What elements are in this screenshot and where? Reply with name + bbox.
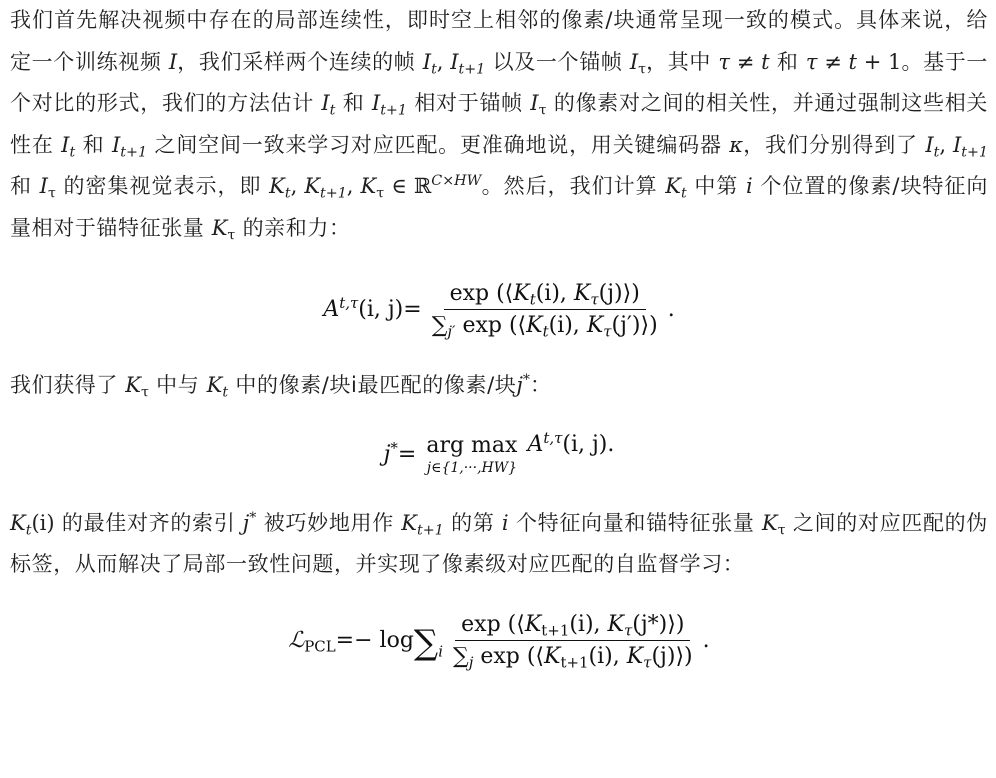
math-Itau: Iτ xyxy=(630,50,646,74)
equals-sign: = xyxy=(398,442,416,467)
math-tau-neq-t: τ ≠ t xyxy=(718,50,769,74)
math-Ktau: Kτ xyxy=(762,511,786,535)
argmax-operator: arg max j∈{1,···,HW} xyxy=(426,433,517,476)
math-It: It xyxy=(321,91,335,115)
math-i: i xyxy=(502,511,509,535)
text: 的密集视觉表示，即 xyxy=(56,174,269,198)
argmax-limit: j∈{1,···,HW} xyxy=(427,460,517,476)
math-It: It xyxy=(61,133,75,157)
eq3-fraction: exp (⟨Kt+1(i), Kτ(j*)⟩) ∑j exp (⟨Kt+1(i)… xyxy=(447,612,699,669)
math-K-set-in-R: Kt, Kt+1, Kτ ∈ ℝC×HW xyxy=(269,174,481,198)
text: 个特征向量和锚特征张量 xyxy=(509,511,762,535)
text: 被巧妙地用作 xyxy=(256,511,401,535)
math-It-It1: It, It+1 xyxy=(423,50,486,74)
text: 的最佳对齐的索引 xyxy=(55,511,243,535)
paragraph-method-intro: 我们首先解决视频中存在的局部连续性，即时空上相邻的像素/块通常呈现一致的模式。具… xyxy=(10,0,988,249)
math-Itau: Iτ xyxy=(530,91,546,115)
eq3-denominator: ∑j exp (⟨Kt+1(i), Kτ(j)⟩) xyxy=(447,641,699,669)
text: ，我们采样两个连续的帧 xyxy=(177,50,423,74)
eq1-period: . xyxy=(668,297,675,322)
math-I: I xyxy=(169,50,177,74)
text: 和 xyxy=(10,174,40,198)
eq1-lhs: At,τ(i, j) xyxy=(323,297,403,322)
neg-log: − log xyxy=(354,628,414,653)
math-Itau: Iτ xyxy=(40,174,56,198)
text: 中的像素/块i最匹配的像素/块 xyxy=(228,373,516,397)
eq1-numerator: exp (⟨Kt(i), Kτ(j)⟩) xyxy=(444,281,646,310)
eq1-denominator: ∑j′ exp (⟨Kt(i), Kτ(j′)⟩) xyxy=(426,310,664,338)
math-Ktau: Kτ xyxy=(212,216,236,240)
text: ，其中 xyxy=(646,50,718,74)
equation-pcl-loss: ℒPCL = − log ∑i exp (⟨Kt+1(i), Kτ(j*)⟩) … xyxy=(10,586,988,696)
math-jstar: j* xyxy=(243,511,257,535)
math-kappa: κ xyxy=(729,133,743,157)
text: 的第 xyxy=(444,511,502,535)
text: 的亲和力： xyxy=(235,216,350,240)
text: 中与 xyxy=(149,373,207,397)
eq3-numerator: exp (⟨Kt+1(i), Kτ(j*)⟩) xyxy=(455,612,690,641)
math-Kt: Kt xyxy=(207,373,228,397)
math-Kt: Kt xyxy=(665,174,686,198)
equation-affinity: At,τ(i, j) = exp (⟨Kt(i), Kτ(j)⟩) ∑j′ ex… xyxy=(10,253,988,365)
equation-argmax: j* = arg max j∈{1,···,HW} At,τ(i, j). xyxy=(10,407,988,503)
article: 我们首先解决视频中存在的局部连续性，即时空上相邻的像素/块通常呈现一致的模式。具… xyxy=(0,0,996,696)
text: ，我们分别得到了 xyxy=(743,133,925,157)
sum-over-i: ∑i xyxy=(414,621,443,661)
eq2-lhs: j* xyxy=(384,442,398,467)
math-jstar: j* xyxy=(516,373,530,397)
text: 我们获得了 xyxy=(10,373,125,397)
math-tau-neq-t-plus-1: τ ≠ t + 1 xyxy=(806,50,902,74)
math-It1: It+1 xyxy=(372,91,407,115)
math-i: i xyxy=(746,174,753,198)
eq1-fraction: exp (⟨Kt(i), Kτ(j)⟩) ∑j′ exp (⟨Kt(i), Kτ… xyxy=(426,281,664,338)
text: 。然后，我们计算 xyxy=(481,174,665,198)
math-It-It1: It, It+1 xyxy=(925,133,988,157)
equals-sign: = xyxy=(336,628,354,653)
text: 和 xyxy=(75,133,112,157)
text: ： xyxy=(530,373,552,397)
eq2-rhs: At,τ(i, j). xyxy=(527,432,614,457)
equals-sign: = xyxy=(403,297,421,322)
text: 和 xyxy=(335,91,372,115)
math-Kt-i: Kt(i) xyxy=(10,511,55,535)
paragraph-pseudo-label: Kt(i) 的最佳对齐的索引 j* 被巧妙地用作 Kt+1 的第 i 个特征向量… xyxy=(10,503,988,586)
text: 以及一个锚帧 xyxy=(485,50,630,74)
text: 之间空间一致来学习对应匹配。更准确地说，用关键编码器 xyxy=(147,133,729,157)
eq3-period: . xyxy=(703,628,710,653)
math-Ktau: Kτ xyxy=(125,373,149,397)
paragraph-best-match: 我们获得了 Kτ 中与 Kt 中的像素/块i最匹配的像素/块j*： xyxy=(10,365,988,407)
text: 相对于锚帧 xyxy=(407,91,530,115)
math-It1: It+1 xyxy=(112,133,147,157)
eq3-lhs: ℒPCL xyxy=(288,628,335,653)
text: 和 xyxy=(770,50,806,74)
math-Kt1: Kt+1 xyxy=(401,511,443,535)
text: 中第 xyxy=(687,174,746,198)
